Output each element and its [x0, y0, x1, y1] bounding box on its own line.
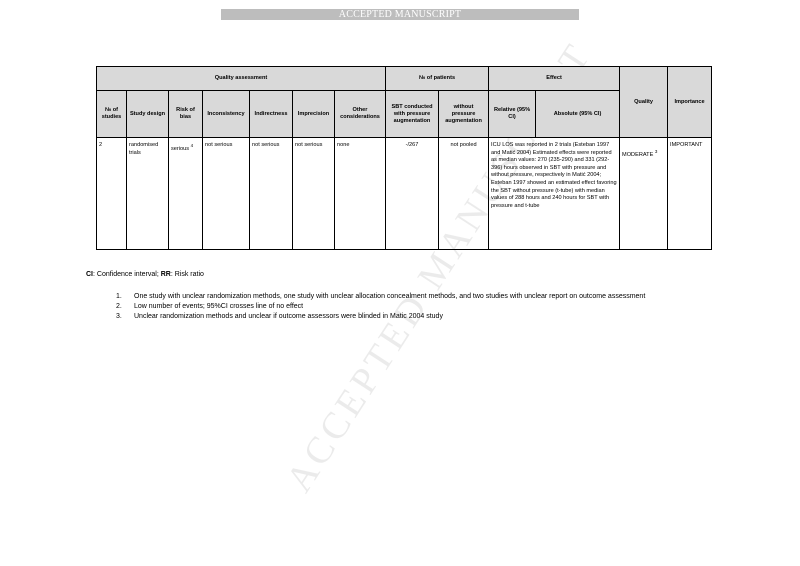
header-relative: Relative (95% CI) — [489, 91, 536, 138]
column-header-row: № of studies Study design Risk of bias I… — [97, 91, 712, 138]
header-effect: Effect — [489, 67, 620, 91]
footnotes-list: 1.One study with unclear randomization m… — [116, 292, 645, 322]
accepted-manuscript-banner: ACCEPTED MANUSCRIPT — [221, 9, 579, 20]
header-importance: Importance — [668, 67, 712, 138]
cell-imprecision: not serious — [293, 138, 335, 250]
abbreviations-line: CI: Confidence interval; RR: Risk ratio — [86, 271, 204, 278]
footnote-number: 3. — [116, 312, 122, 322]
header-patients: № of patients — [386, 67, 489, 91]
header-study-design: Study design — [127, 91, 169, 138]
header-quality-assessment: Quality assessment — [97, 67, 386, 91]
header-sbt-with-pressure: SBT conducted with pressure augmentation — [386, 91, 439, 138]
grade-evidence-table: Quality assessment № of patients Effect … — [96, 66, 712, 250]
footnote-text: Low number of events; 95%CI crosses line… — [134, 303, 303, 310]
header-indirectness: Indirectness — [250, 91, 293, 138]
group-header-row: Quality assessment № of patients Effect … — [97, 67, 712, 91]
footnote-number: 1. — [116, 292, 122, 302]
footnote-ref: 4 — [191, 143, 194, 148]
ci-abbreviation: CI — [86, 271, 93, 278]
cell-other-considerations: none — [335, 138, 386, 250]
footnote-ref: 3 — [655, 149, 658, 154]
cell-importance: IMPORTANT — [668, 138, 712, 250]
footnote-number: 2. — [116, 302, 122, 312]
cell-sbt-with-pressure: -/267 — [386, 138, 439, 250]
footnote-text: One study with unclear randomization met… — [134, 293, 645, 300]
header-imprecision: Imprecision — [293, 91, 335, 138]
footnote-item: 1.One study with unclear randomization m… — [116, 292, 645, 302]
cell-n-studies: 2 — [97, 138, 127, 250]
rr-abbreviation: RR — [161, 271, 171, 278]
rr-definition: : Risk ratio — [171, 271, 204, 278]
ci-definition: : Confidence interval; — [93, 271, 161, 278]
cell-effect: ICU LOS was reported in 2 trials (Esteba… — [489, 138, 620, 250]
header-other-considerations: Other considerations — [335, 91, 386, 138]
cell-quality: MODERATE 3 — [620, 138, 668, 250]
risk-of-bias-value: serious — [171, 146, 189, 152]
footnote-text: Unclear randomization methods and unclea… — [134, 313, 443, 320]
footnote-item: 3.Unclear randomization methods and uncl… — [116, 312, 645, 322]
header-n-studies: № of studies — [97, 91, 127, 138]
header-risk-of-bias: Risk of bias — [169, 91, 203, 138]
footnote-item: 2.Low number of events; 95%CI crosses li… — [116, 302, 645, 312]
cell-risk-of-bias: serious 4 — [169, 138, 203, 250]
header-inconsistency: Inconsistency — [203, 91, 250, 138]
table-row: 2 randomised trials serious 4 not seriou… — [97, 138, 712, 250]
cell-study-design: randomised trials — [127, 138, 169, 250]
header-sbt-without-pressure: without pressure augmentation — [439, 91, 489, 138]
cell-sbt-without-pressure: not pooled — [439, 138, 489, 250]
cell-indirectness: not serious — [250, 138, 293, 250]
header-quality: Quality — [620, 67, 668, 138]
cell-inconsistency: not serious — [203, 138, 250, 250]
header-absolute: Absolute (95% CI) — [536, 91, 620, 138]
quality-value: MODERATE — [622, 152, 653, 158]
